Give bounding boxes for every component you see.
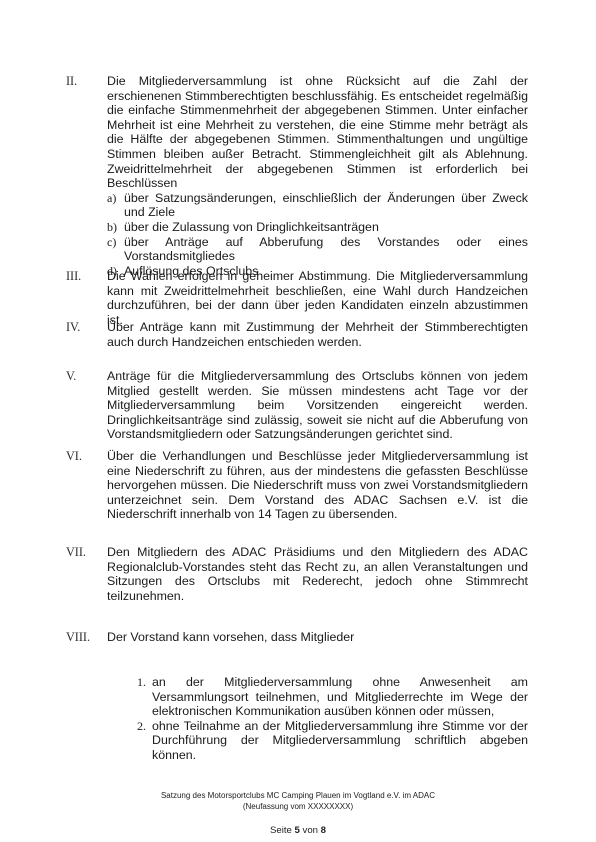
- list-label: 1.: [137, 675, 146, 690]
- section-text: Über die Verhandlungen und Beschlüsse je…: [107, 449, 528, 522]
- footer: Satzung des Motorsportclubs MC Camping P…: [0, 791, 596, 812]
- footer-title: Satzung des Motorsportclubs MC Camping P…: [0, 791, 596, 802]
- list-text: ohne Teilnahme an der Mitgliederversamml…: [152, 719, 528, 763]
- section-text: Die Mitgliederversammlung ist ohne Rücks…: [107, 74, 528, 191]
- section-number: V.: [66, 369, 76, 384]
- section-text: Der Vorstand kann vorsehen, dass Mitglie…: [107, 630, 528, 645]
- section-number: VI.: [66, 449, 82, 464]
- section-number: II.: [66, 74, 77, 89]
- section-number: VIII.: [66, 630, 90, 645]
- section-text: Den Mitgliedern des ADAC Präsidiums und …: [107, 545, 528, 603]
- scan-mark: [270, 229, 276, 230]
- list-item: c) über Anträge auf Abberufung des Vorst…: [107, 235, 528, 264]
- section-text: Anträge für die Mitgliederversammlung de…: [107, 369, 528, 442]
- page-total: 8: [321, 825, 326, 836]
- section-text: Über Anträge kann mit Zustimmung der Meh…: [107, 320, 528, 349]
- list-item: a) über Satzungsänderungen, einschließli…: [107, 191, 528, 220]
- numbered-list: 1. an der Mitgliederversammlung ohne Anw…: [137, 675, 528, 763]
- section-number: IV.: [66, 320, 80, 335]
- section-text: Die Wahlen erfolgen in geheimer Abstimmu…: [107, 269, 528, 327]
- list-label: c): [107, 235, 116, 250]
- list-item: 1. an der Mitgliederversammlung ohne Anw…: [137, 675, 528, 719]
- list-text: über die Zulassung von Dringlichkeitsant…: [124, 220, 528, 235]
- page-separator: von: [303, 825, 318, 836]
- list-text: an der Mitgliederversammlung ohne Anwese…: [152, 675, 528, 719]
- section-body: Die Mitgliederversammlung ist ohne Rücks…: [107, 74, 528, 278]
- section-number: VII.: [66, 545, 86, 560]
- list-label: a): [107, 191, 116, 206]
- list-label: 2.: [137, 719, 146, 734]
- list-text: über Anträge auf Abberufung des Vorstand…: [124, 235, 528, 264]
- list-item: b) über die Zulassung von Dringlichkeits…: [107, 220, 528, 235]
- page-prefix: Seite: [270, 825, 292, 836]
- section-number: III.: [66, 269, 81, 284]
- list-label: b): [107, 220, 117, 235]
- page-current: 5: [295, 825, 300, 836]
- list-item: 2. ohne Teilnahme an der Mitgliederversa…: [137, 719, 528, 763]
- footer-revision: (Neufassung vom XXXXXXXX): [0, 802, 596, 813]
- list-text: über Satzungsänderungen, einschließlich …: [124, 191, 528, 220]
- page-number: Seite 5 von 8: [0, 825, 596, 836]
